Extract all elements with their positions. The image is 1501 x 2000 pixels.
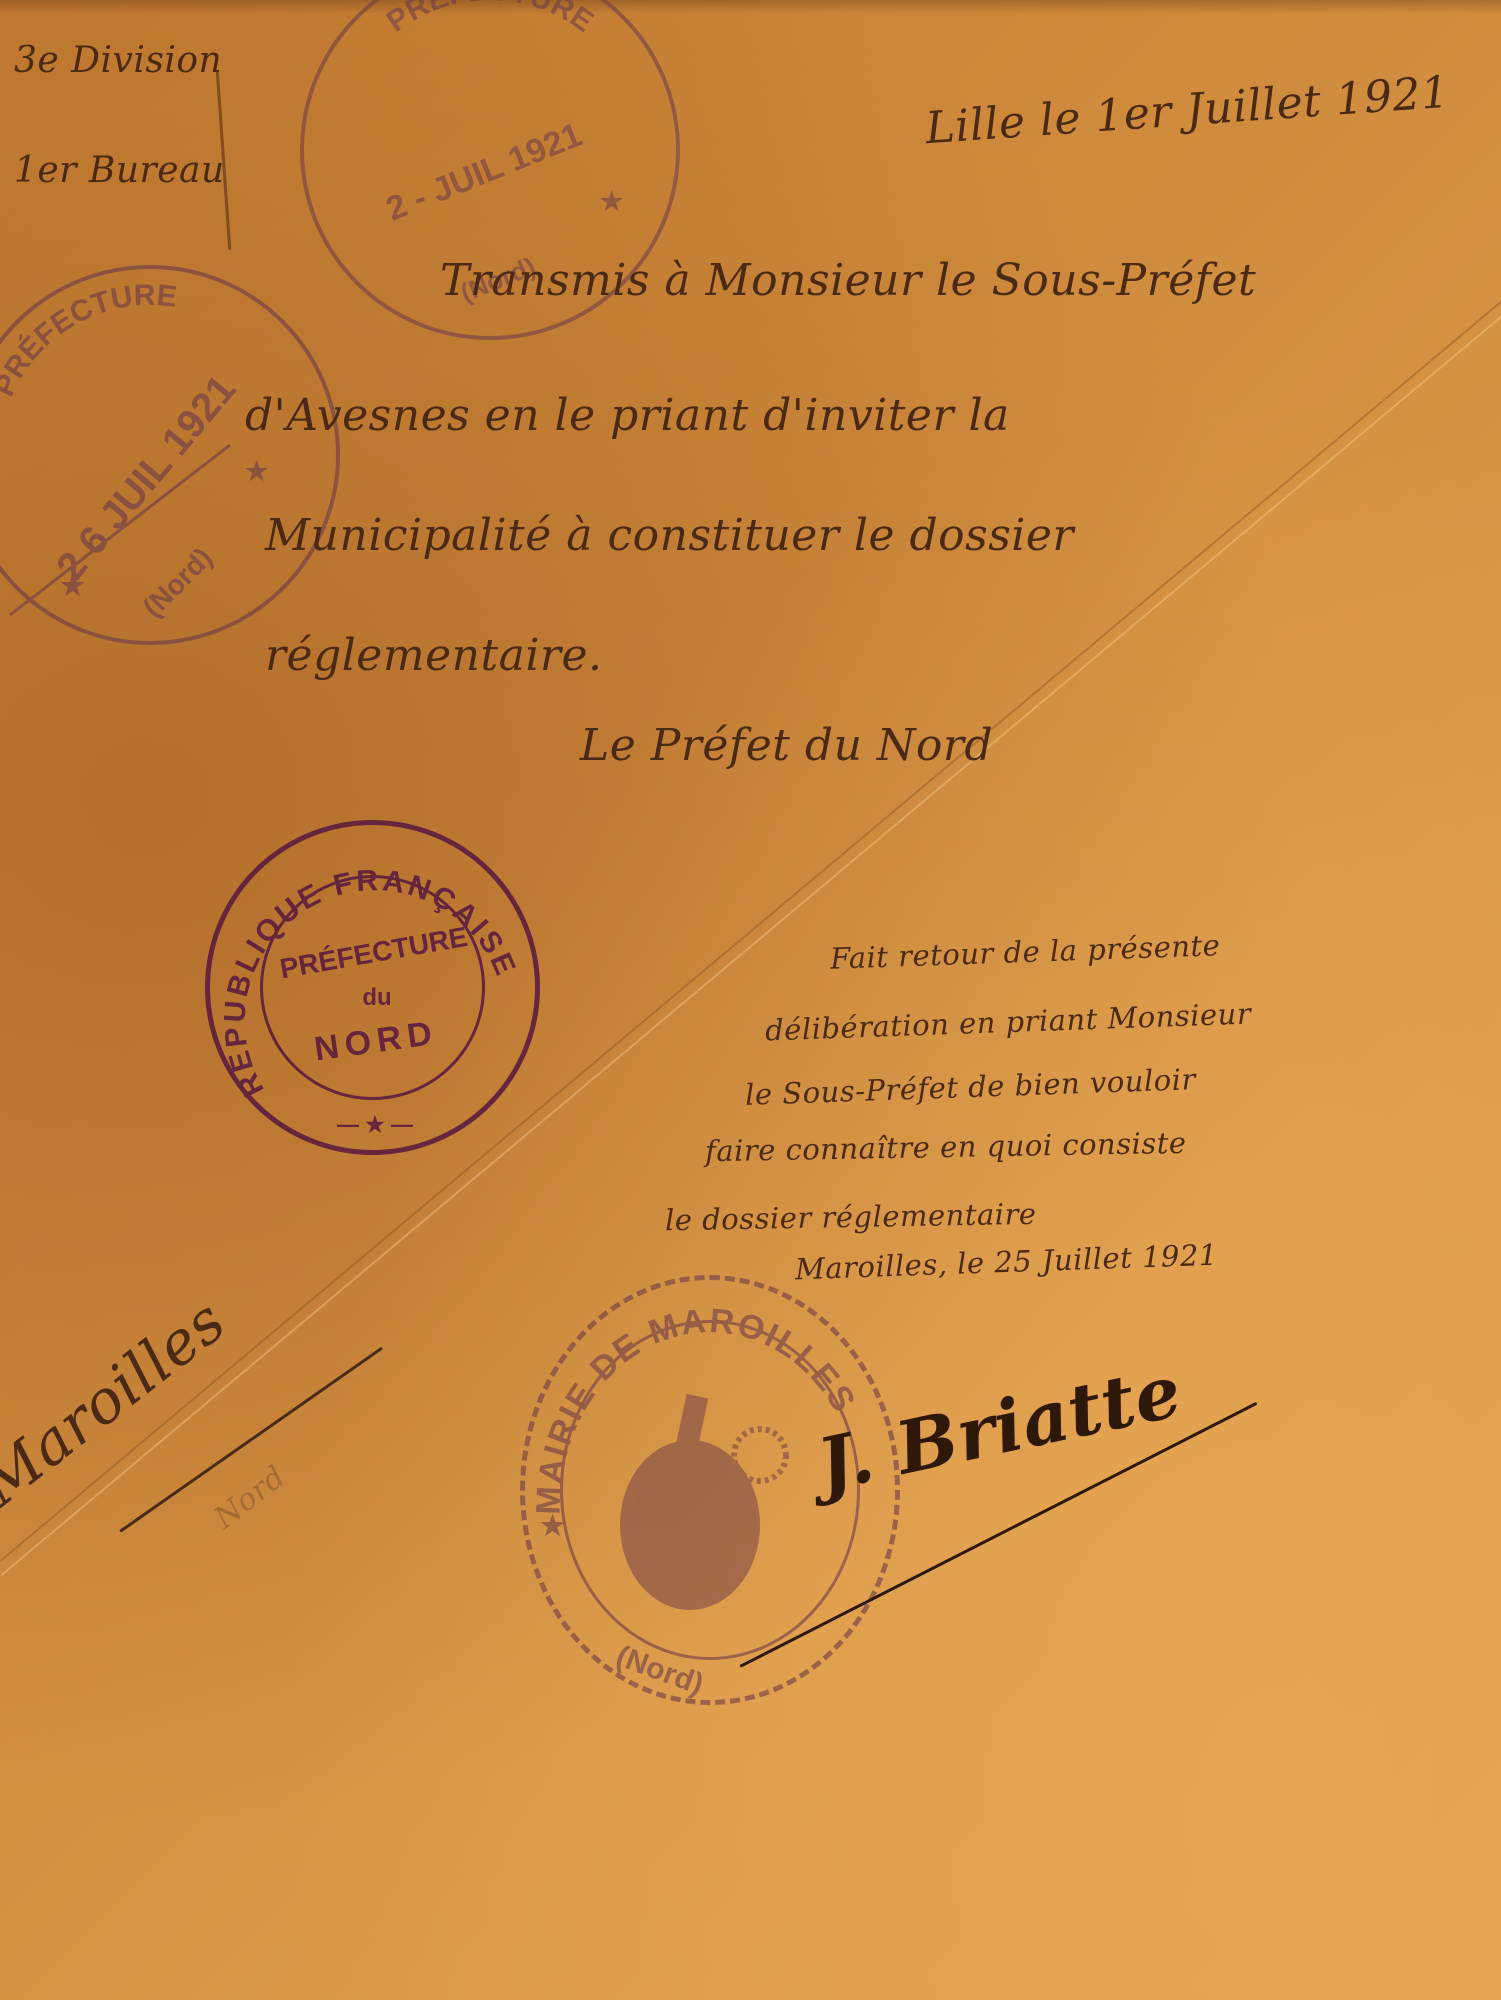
svg-text:NORD: NORD: [312, 1014, 440, 1069]
mayor-note-line-3: le Sous-Préfet de bien vouloir: [745, 1062, 1197, 1112]
prefect-note-line-3: Municipalité à constituer le dossier: [265, 510, 1074, 561]
prefect-note-line-4: réglementaire.: [265, 630, 603, 681]
date-stamp-top-date: 2 - JUIL 1921: [381, 116, 587, 229]
svg-text:PRÉFECTURE: PRÉFECTURE: [278, 921, 470, 984]
prefect-note-line-2: d'Avesnes en le priant d'inviter la: [245, 390, 1010, 441]
bureau-label: 1er Bureau: [14, 150, 225, 191]
prefect-note-line-1: Transmis à Monsieur le Sous-Préfet: [440, 255, 1256, 306]
svg-text:(Nord): (Nord): [612, 1640, 708, 1702]
mayor-note-line-4: faire connaître en quoi consiste: [705, 1126, 1187, 1168]
mayor-note-line-2: délibération en priant Monsieur: [765, 997, 1252, 1048]
paper-top-edge: [0, 0, 1501, 14]
svg-text:(Nord): (Nord): [137, 542, 218, 623]
prefect-signature: Le Préfet du Nord: [580, 720, 993, 771]
svg-text:PRÉFECTURE: PRÉFECTURE: [381, 0, 599, 39]
mayor-note-line-1: Fait retour de la présente: [830, 928, 1221, 976]
mayor-note-line-5: le dossier réglementaire: [665, 1197, 1037, 1237]
place-date-lille: Lille le 1er Juillet 1921: [924, 67, 1451, 154]
svg-text:★: ★: [540, 1510, 565, 1541]
prefecture-du-nord-seal: RÉPUBLIQUE FRANÇAISE PRÉFECTURE du NORD …: [205, 820, 540, 1155]
svg-text:★: ★: [600, 186, 624, 216]
svg-text:— ★ —: — ★ —: [337, 1112, 413, 1137]
svg-text:PRÉFECTURE: PRÉFECTURE: [0, 265, 198, 409]
date-stamp-left-date: 2 6 JUIL 1921: [48, 367, 244, 589]
date-stamp-left: PRÉFECTURE 2 6 JUIL 1921 (Nord) ★ ★: [0, 265, 340, 645]
margin-faint-annotation: Nord: [208, 1459, 292, 1536]
svg-text:★: ★: [245, 456, 269, 486]
svg-text:du: du: [362, 984, 391, 1011]
division-label: 3e Division: [14, 40, 222, 81]
